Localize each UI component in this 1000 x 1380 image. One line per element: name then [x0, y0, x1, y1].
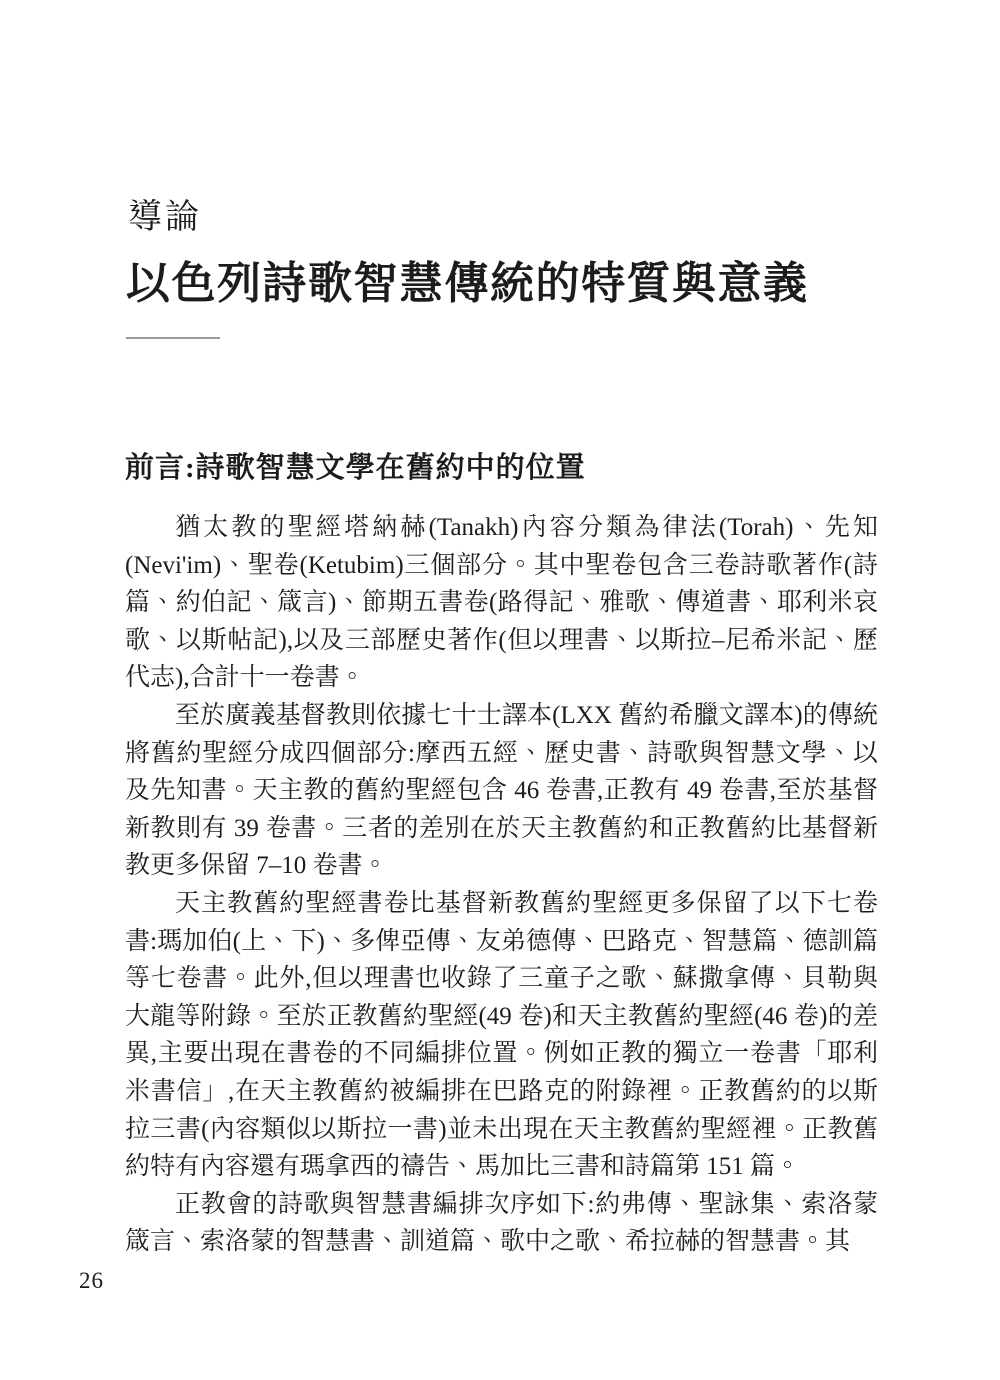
- page-number: 26: [79, 1268, 104, 1294]
- chapter-label: 導論: [128, 198, 202, 239]
- chapter-title: 以色列詩歌智慧傳統的特質與意義: [126, 258, 809, 311]
- paragraph: 猶太教的聖經塔納赫(Tanakh)內容分類為律法(Torah)、先知(Nevi'…: [125, 509, 878, 697]
- book-page: 導論 以色列詩歌智慧傳統的特質與意義 前言:詩歌智慧文學在舊約中的位置 猶太教的…: [0, 0, 1000, 1380]
- paragraph: 正教會的詩歌與智慧書編排次序如下:約弗傳、聖詠集、索洛蒙箴言、索洛蒙的智慧書、訓…: [125, 1186, 878, 1261]
- section-heading: 前言:詩歌智慧文學在舊約中的位置: [125, 450, 586, 486]
- title-divider: [126, 337, 220, 339]
- paragraph: 天主教舊約聖經書卷比基督新教舊約聖經更多保留了以下七卷書:瑪加伯(上、下)、多俾…: [125, 885, 878, 1186]
- paragraph: 至於廣義基督教則依據七十士譯本(LXX 舊約希臘文譯本)的傳統將舊約聖經分成四個…: [125, 697, 878, 885]
- body-text: 猶太教的聖經塔納赫(Tanakh)內容分類為律法(Torah)、先知(Nevi'…: [125, 509, 878, 1261]
